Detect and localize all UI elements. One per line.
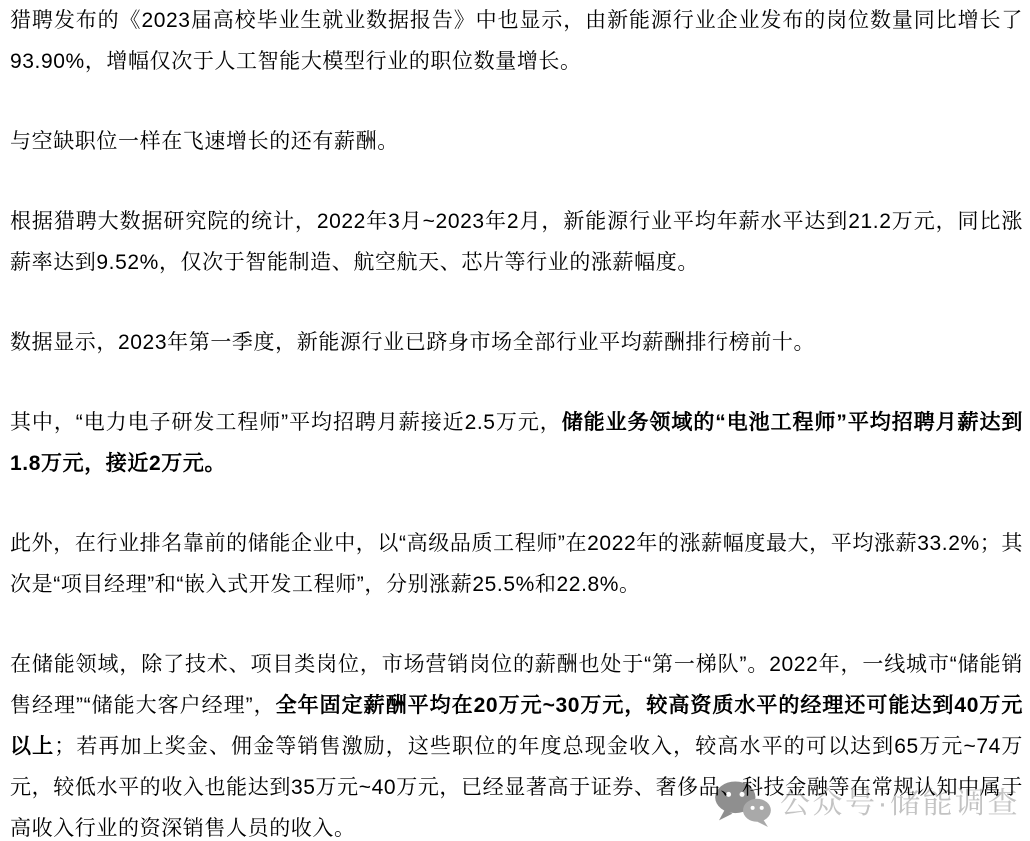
paragraph: 猎聘发布的《2023届高校毕业生就业数据报告》中也显示，由新能源行业企业发布的岗… (10, 0, 1023, 82)
text-run: 根据猎聘大数据研究院的统计，2022年3月~2023年2月，新能源行业平均年薪水… (10, 210, 1023, 274)
paragraph: 与空缺职位一样在飞速增长的还有薪酬。 (10, 121, 1023, 162)
paragraph: 数据显示，2023年第一季度，新能源行业已跻身市场全部行业平均薪酬排行榜前十。 (10, 322, 1023, 363)
paragraph: 其中，“电力电子研发工程师”平均招聘月薪接近2.5万元，储能业务领域的“电池工程… (10, 402, 1023, 484)
paragraph: 此外，在行业排名靠前的储能企业中，以“高级品质工程师”在2022年的涨薪幅度最大… (10, 523, 1023, 605)
text-run: 与空缺职位一样在飞速增长的还有薪酬。 (10, 130, 399, 153)
text-run: ；若再加上奖金、佣金等销售激励，这些职位的年度总现金收入，较高水平的可以达到65… (10, 735, 1023, 840)
paragraph: 根据猎聘大数据研究院的统计，2022年3月~2023年2月，新能源行业平均年薪水… (10, 201, 1023, 283)
paragraph: 在储能领域，除了技术、项目类岗位，市场营销岗位的薪酬也处于“第一梯队”。2022… (10, 644, 1023, 841)
article: 猎聘发布的《2023届高校毕业生就业数据报告》中也显示，由新能源行业企业发布的岗… (0, 0, 1030, 841)
text-run: 其中，“电力电子研发工程师”平均招聘月薪接近2.5万元， (10, 411, 562, 434)
text-run: 数据显示，2023年第一季度，新能源行业已跻身市场全部行业平均薪酬排行榜前十。 (10, 331, 815, 354)
text-run: 此外，在行业排名靠前的储能企业中，以“高级品质工程师”在2022年的涨薪幅度最大… (10, 532, 1023, 596)
text-run: 猎聘发布的《2023届高校毕业生就业数据报告》中也显示，由新能源行业企业发布的岗… (10, 9, 1023, 73)
